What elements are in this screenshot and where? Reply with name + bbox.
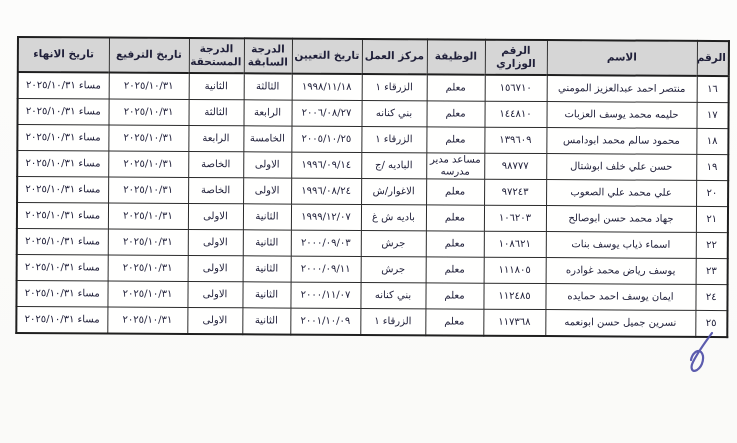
table-row: ١٩حسن علي خلف ابوشتال٩٨٧٧٧مساعد مدير مدر…: [17, 151, 728, 181]
header-previous-grade: الدرجة السابقة: [244, 38, 292, 73]
cell-promotion-date: ٢٠٢٥/١٠/٣١: [108, 151, 188, 177]
cell-previous-grade: الاولى: [243, 178, 291, 204]
header-name: الاسم: [547, 40, 697, 76]
cell-ministry-number: ١٠٨٦٢١: [484, 231, 546, 257]
cell-entitled-grade: الثالثة: [188, 99, 243, 125]
cell-work-center: جرش: [361, 230, 426, 256]
cell-num: ٢١: [696, 206, 728, 232]
cell-end-date: مساء ٢٠٢٥/١٠/٣١: [16, 307, 107, 334]
cell-end-date: مساء ٢٠٢٥/١٠/٣١: [16, 281, 107, 308]
table-row: ١٨محمود سالم محمد ابودامس١٣٩٦٠٩معلمالزرق…: [17, 125, 728, 155]
cell-entitled-grade: الثانية: [189, 73, 244, 100]
cell-entitled-grade: الخاصة: [188, 177, 243, 203]
cell-promotion-date: ٢٠٢٥/١٠/٣١: [108, 255, 188, 281]
cell-end-date: مساء ٢٠٢٥/١٠/٣١: [17, 229, 108, 256]
cell-ministry-number: ١١١٨٠٥: [484, 257, 546, 283]
cell-appointment-date: ١٩٩٩/١٢/٠٧: [291, 204, 361, 230]
cell-job: معلم: [426, 127, 484, 153]
header-entitled-grade: الدرجة المستحقة: [189, 38, 244, 73]
cell-appointment-date: ١٩٩٦/٠٨/٢٤: [291, 178, 361, 204]
scanned-page: الرقم الاسم الرقم الوزاري الوظيفة مركز ا…: [0, 0, 737, 443]
cell-promotion-date: ٢٠٢٥/١٠/٣١: [107, 307, 187, 334]
header-job: الوظيفة: [427, 39, 485, 74]
cell-end-date: مساء ٢٠٢٥/١٠/٣١: [17, 255, 108, 282]
cell-name: محمود سالم محمد ابودامس: [546, 128, 696, 155]
cell-num: ١٩: [696, 154, 728, 180]
cell-appointment-date: ١٩٩٦/٠٩/١٤: [291, 152, 361, 178]
cell-work-center: بني كنانه: [360, 282, 425, 308]
cell-ministry-number: ١٤٤٨١٠: [484, 101, 546, 127]
cell-end-date: مساء ٢٠٢٥/١٠/٣١: [17, 125, 108, 152]
cell-name: ايمان يوسف احمد حمايده: [545, 284, 695, 311]
cell-promotion-date: ٢٠٢٥/١٠/٣١: [108, 203, 188, 229]
cell-end-date: مساء ٢٠٢٥/١٠/٣١: [17, 203, 108, 230]
cell-num: ١٦: [697, 76, 729, 103]
header-appointment-date: تاريخ التعيين: [292, 39, 362, 74]
cell-ministry-number: ١١٢٤٨٥: [483, 283, 545, 309]
cell-num: ٢٣: [696, 258, 728, 284]
cell-work-center: الزرقاء ١: [362, 74, 427, 101]
cell-ministry-number: ١١٧٣٦٨: [483, 309, 545, 336]
cell-name: جهاد محمد حسن ابوصالح: [546, 206, 696, 233]
cell-name: حليمه محمد يوسف العزبات: [546, 102, 696, 129]
cell-promotion-date: ٢٠٢٥/١٠/٣١: [108, 99, 188, 125]
cell-entitled-grade: الرابعة: [188, 125, 243, 151]
cell-previous-grade: الرابعة: [243, 100, 291, 126]
cell-job: معلم: [426, 179, 484, 205]
header-num: الرقم: [697, 41, 729, 76]
cell-num: ١٧: [696, 102, 728, 128]
cell-num: ١٨: [696, 128, 728, 154]
table-row: ٢٤ايمان يوسف احمد حمايده١١٢٤٨٥معلمبني كن…: [16, 281, 727, 311]
cell-ministry-number: ١٣٩٦٠٩: [484, 127, 546, 153]
cell-end-date: مساء ٢٠٢٥/١٠/٣١: [17, 177, 108, 204]
table-row: ٢١جهاد محمد حسن ابوصالح١٠٦٢٠٣معلمباديه ش…: [17, 203, 728, 233]
cell-previous-grade: الثانية: [243, 204, 291, 230]
cell-promotion-date: ٢٠٢٥/١٠/٣١: [109, 73, 189, 100]
cell-job: معلم: [425, 283, 483, 309]
cell-num: ٢٠: [696, 180, 728, 206]
cell-appointment-date: ٢٠٠٠/٠٩/١١: [291, 256, 361, 282]
header-end-date: تاريخ الانهاء: [18, 37, 109, 73]
table-row: ٢٠علي محمد علي الصعوب٩٧٢٤٣معلمالاغوار/ش١…: [17, 177, 728, 207]
cell-previous-grade: الثانية: [243, 256, 291, 282]
table-row: ٢٥نسرين جميل حسن ابونعمه١١٧٣٦٨معلمالزرقا…: [16, 307, 727, 338]
cell-work-center: باديه ش غ: [361, 204, 426, 230]
table-body: ١٦منتصر احمد عبدالعزيز المومني١٥٦٧١٠معلم…: [16, 72, 728, 337]
cell-entitled-grade: الاولى: [188, 255, 243, 281]
cell-job: مساعد مدير مدرسه: [426, 153, 484, 179]
cell-job: معلم: [426, 101, 484, 127]
cell-appointment-date: ٢٠٠٦/٠٨/٢٧: [291, 100, 361, 126]
cell-end-date: مساء ٢٠٢٥/١٠/٣١: [18, 72, 109, 99]
cell-appointment-date: ٢٠٠٠/٠٩/٠٣: [291, 230, 361, 256]
cell-appointment-date: ٢٠٠٠/١١/٠٧: [290, 282, 360, 308]
handwritten-ink-mark: [672, 330, 718, 378]
cell-end-date: مساء ٢٠٢٥/١٠/٣١: [17, 99, 108, 126]
header-promotion-date: تاريخ الترفيع: [109, 38, 189, 73]
cell-entitled-grade: الاولى: [187, 307, 242, 334]
cell-work-center: الباديه /ج: [361, 152, 426, 178]
cell-work-center: الزرقاء ١: [361, 126, 426, 152]
cell-name: حسن علي خلف ابوشتال: [546, 154, 696, 181]
cell-name: يوسف رياض محمد غوادره: [546, 258, 696, 285]
cell-previous-grade: الثانية: [242, 308, 290, 335]
cell-ministry-number: ٩٧٢٤٣: [484, 179, 546, 205]
cell-end-date: مساء ٢٠٢٥/١٠/٣١: [17, 151, 108, 178]
cell-num: ٢٢: [696, 232, 728, 258]
cell-entitled-grade: الاولى: [187, 281, 242, 307]
cell-promotion-date: ٢٠٢٥/١٠/٣١: [108, 125, 188, 151]
table-header-row: الرقم الاسم الرقم الوزاري الوظيفة مركز ا…: [18, 37, 729, 76]
cell-name: اسماء ذياب يوسف بنات: [546, 232, 696, 259]
cell-work-center: الاغوار/ش: [361, 178, 426, 204]
header-work-center: مركز العمل: [362, 39, 427, 74]
cell-previous-grade: الخامسة: [243, 126, 291, 152]
cell-entitled-grade: الاولى: [188, 203, 243, 229]
cell-work-center: بني كنانه: [361, 100, 426, 126]
cell-ministry-number: ٩٨٧٧٧: [484, 153, 546, 179]
cell-promotion-date: ٢٠٢٥/١٠/٣١: [107, 281, 187, 307]
cell-job: معلم: [426, 231, 484, 257]
cell-entitled-grade: الخاصة: [188, 151, 243, 177]
table-row: ١٧حليمه محمد يوسف العزبات١٤٤٨١٠معلمبني ك…: [17, 99, 728, 129]
cell-job: معلم: [426, 257, 484, 283]
cell-entitled-grade: الاولى: [188, 229, 243, 255]
cell-num: ٢٤: [695, 284, 727, 310]
cell-appointment-date: ١٩٩٨/١١/١٨: [292, 74, 362, 101]
promotion-table: الرقم الاسم الرقم الوزاري الوظيفة مركز ا…: [15, 36, 730, 338]
cell-previous-grade: الثانية: [243, 230, 291, 256]
cell-promotion-date: ٢٠٢٥/١٠/٣١: [108, 177, 188, 203]
cell-ministry-number: ١٠٦٢٠٣: [484, 205, 546, 231]
cell-job: معلم: [425, 309, 483, 336]
cell-previous-grade: الاولى: [243, 152, 291, 178]
cell-appointment-date: ٢٠٠١/١٠/٠٩: [290, 308, 360, 335]
cell-job: معلم: [427, 74, 485, 101]
cell-previous-grade: الثانية: [242, 282, 290, 308]
cell-work-center: الزرقاء ١: [360, 308, 425, 335]
table-row: ٢٢اسماء ذياب يوسف بنات١٠٨٦٢١معلمجرش٢٠٠٠/…: [17, 229, 728, 259]
cell-previous-grade: الثالثة: [244, 73, 292, 100]
table-row: ١٦منتصر احمد عبدالعزيز المومني١٥٦٧١٠معلم…: [18, 72, 729, 103]
cell-work-center: جرش: [361, 256, 426, 282]
cell-job: معلم: [426, 205, 484, 231]
cell-promotion-date: ٢٠٢٥/١٠/٣١: [108, 229, 188, 255]
header-ministry-number: الرقم الوزاري: [485, 40, 547, 75]
cell-name: منتصر احمد عبدالعزيز المومني: [547, 75, 697, 102]
cell-ministry-number: ١٥٦٧١٠: [485, 75, 547, 102]
cell-name: علي محمد علي الصعوب: [546, 180, 696, 207]
table-row: ٢٣يوسف رياض محمد غوادره١١١٨٠٥معلمجرش٢٠٠٠…: [17, 255, 728, 285]
cell-appointment-date: ٢٠٠٥/١٠/٢٥: [291, 126, 361, 152]
